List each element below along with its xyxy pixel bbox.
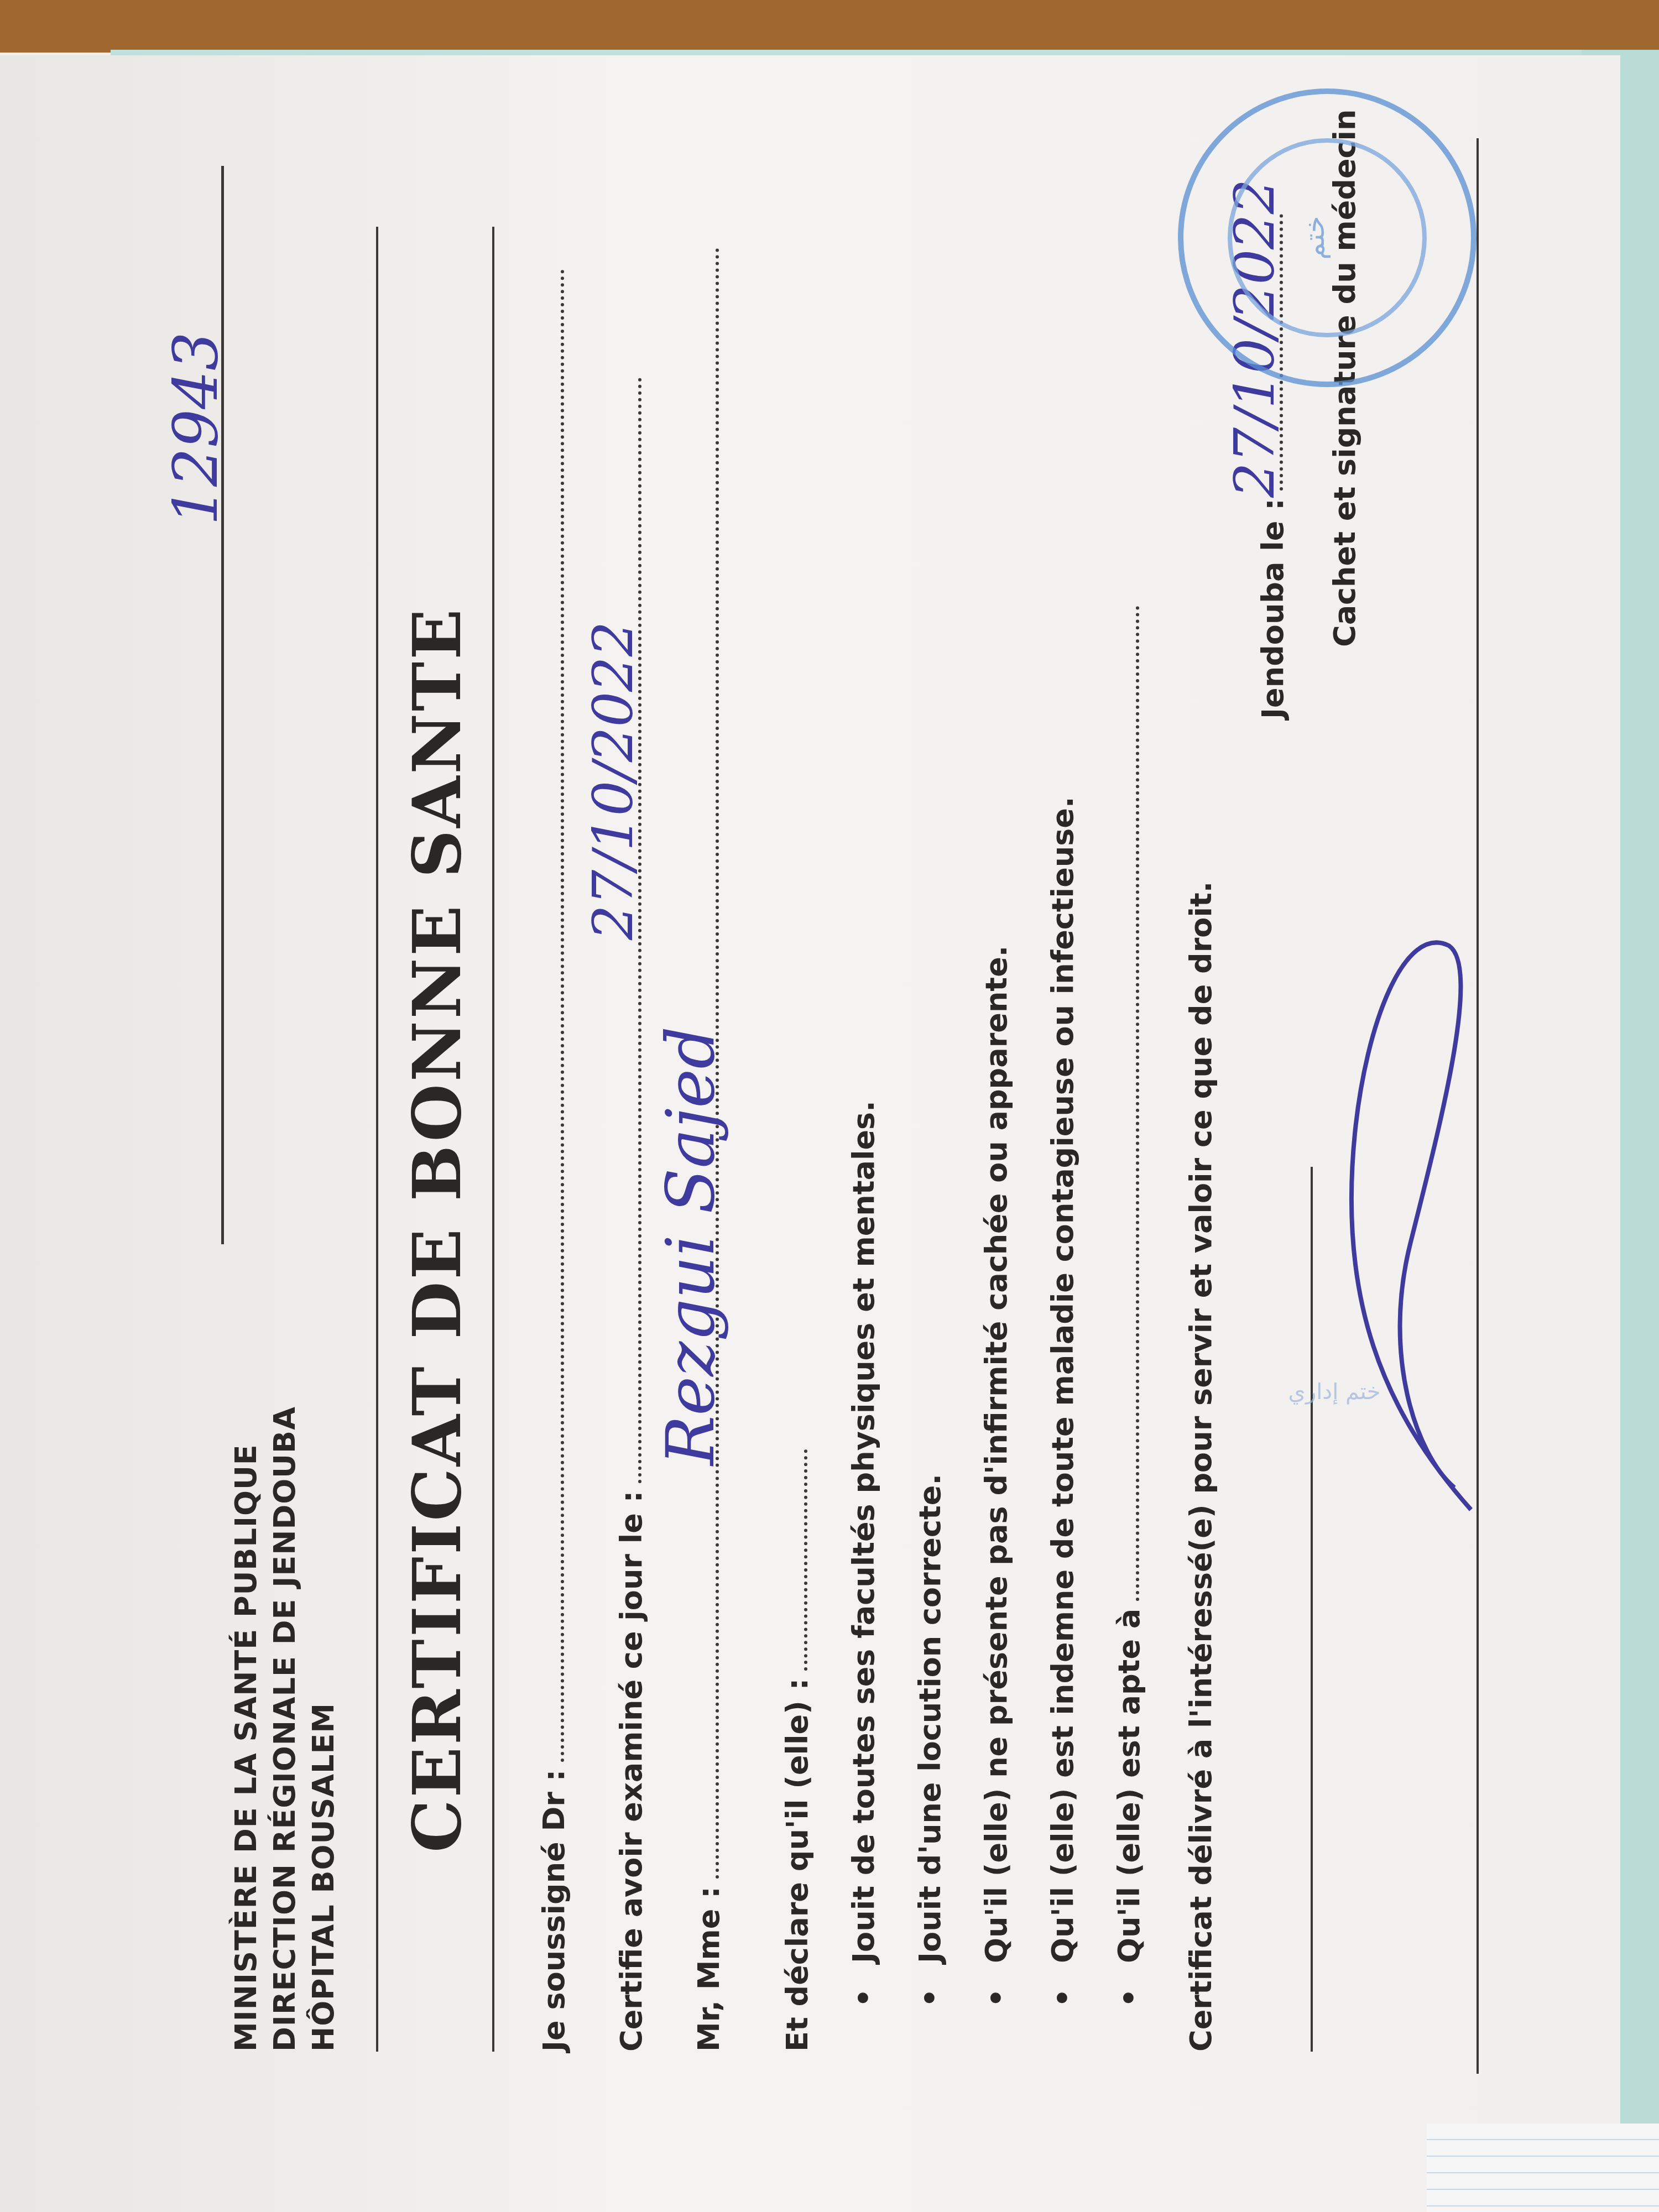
lined-paper-corner xyxy=(1427,2124,1659,2212)
patient-name: Rezgui Sajed xyxy=(653,1026,729,1465)
header-direction: Direction Régionale de Jendouba xyxy=(265,1406,304,2052)
header-ministry: Ministère de la Santé Publique xyxy=(227,1406,265,2052)
reference-number: 12943 xyxy=(160,332,231,525)
stamp-text: ختم xyxy=(1298,94,1331,382)
bullet-text: Qu'il (elle) est apte à xyxy=(1112,1609,1146,1963)
header-block: Ministère de la Santé Publique Direction… xyxy=(227,1406,343,2052)
header-rule xyxy=(221,166,224,1244)
header-hospital: Hôpital Bousalem xyxy=(304,1406,343,2052)
title-rule-bottom xyxy=(492,227,494,2052)
declares-line: Et déclare qu'il (elle) : xyxy=(780,1449,815,2052)
declares-label: Et déclare qu'il (elle) : xyxy=(780,1678,815,2052)
bullet-item: Qu'il (elle) est indemne de toute maladi… xyxy=(1045,797,1080,1963)
bullet-item: Jouit de toutes ses facultés physiques e… xyxy=(846,1100,881,1963)
doctor-label: Je soussigné Dr : xyxy=(536,1770,571,2052)
certificate-document: Ministère de la Santé Publique Direction… xyxy=(138,138,1521,2129)
table-background xyxy=(0,0,1659,53)
examined-date: 27/10/2022 xyxy=(581,622,645,940)
patient-label: Mr, Mme : xyxy=(691,1886,726,2052)
bullet-item: Qu'il (elle) est apte à xyxy=(1112,606,1146,1963)
faint-stamp-text: ختم إداري xyxy=(1288,1379,1381,1405)
doctor-line: Je soussigné Dr : xyxy=(536,269,571,2052)
doctor-signature xyxy=(1272,912,1493,1521)
closing-statement: Certificat délivré à l'intéressé(e) pour… xyxy=(1183,881,1218,2052)
bullet-item: Jouit d'une locution correcte. xyxy=(912,1474,947,1963)
examined-label: Certifie avoir examiné ce jour le : xyxy=(614,1491,649,2052)
official-stamp: ختم xyxy=(1178,88,1477,387)
place-date-label: Jendouba le : xyxy=(1255,498,1290,719)
page-title: CERTIFICAT DE BONNE SANTE xyxy=(398,607,476,1853)
title-rule-top xyxy=(376,227,378,2052)
bullet-item: Qu'il (elle) ne présente pas d'infirmité… xyxy=(979,946,1014,1963)
